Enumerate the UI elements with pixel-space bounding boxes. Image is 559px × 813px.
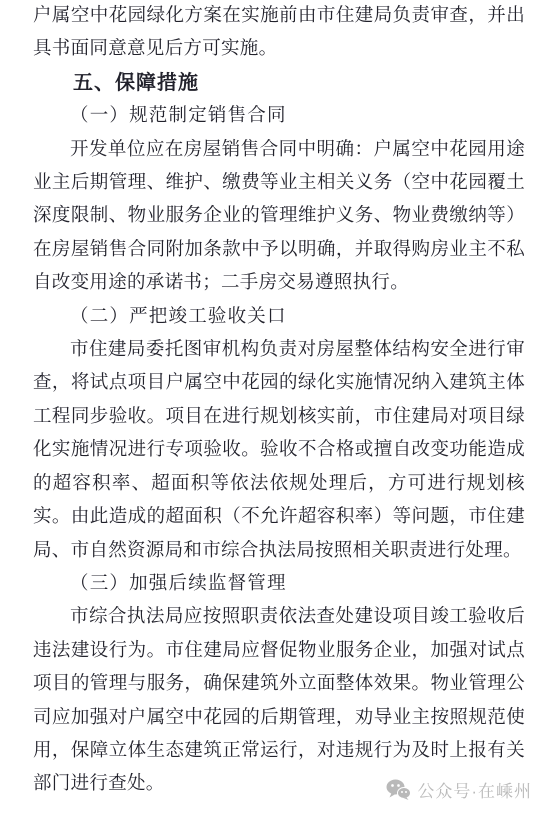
paragraph-completion-acceptance: 市住建局委托图审机构负责对房屋整体结构安全进行审查，将试点项目户属空中花园的绿化…	[33, 334, 525, 568]
wechat-icon	[386, 779, 411, 800]
subsection-heading-3: （三）加强后续监督管理	[33, 568, 525, 601]
paragraph-follow-up-supervision: 市综合执法局应按照职责依法查处建设项目竣工验收后违法建设行为。市住建局应督促物业…	[33, 601, 525, 801]
subsection-heading-2: （二）严把竣工验收关口	[33, 301, 525, 334]
paragraph-sales-contract: 开发单位应在房屋销售合同中明确：户属空中花园用途业主后期管理、维护、缴费等业主相…	[33, 134, 525, 301]
watermark-text: 公众号·在嵊州	[417, 777, 532, 802]
subsection-heading-1: （一）规范制定销售合同	[33, 100, 525, 133]
document-page: 户属空中花园绿化方案在实施前由市住建局负责审查，并出具书面同意意见后方可实施。 …	[0, 0, 559, 813]
watermark: 公众号·在嵊州	[386, 777, 532, 802]
section-heading: 五、保障措施	[33, 67, 525, 100]
document-content: 户属空中花园绿化方案在实施前由市住建局负责审查，并出具书面同意意见后方可实施。 …	[33, 0, 525, 802]
paragraph-continued: 户属空中花园绿化方案在实施前由市住建局负责审查，并出具书面同意意见后方可实施。	[33, 0, 525, 67]
